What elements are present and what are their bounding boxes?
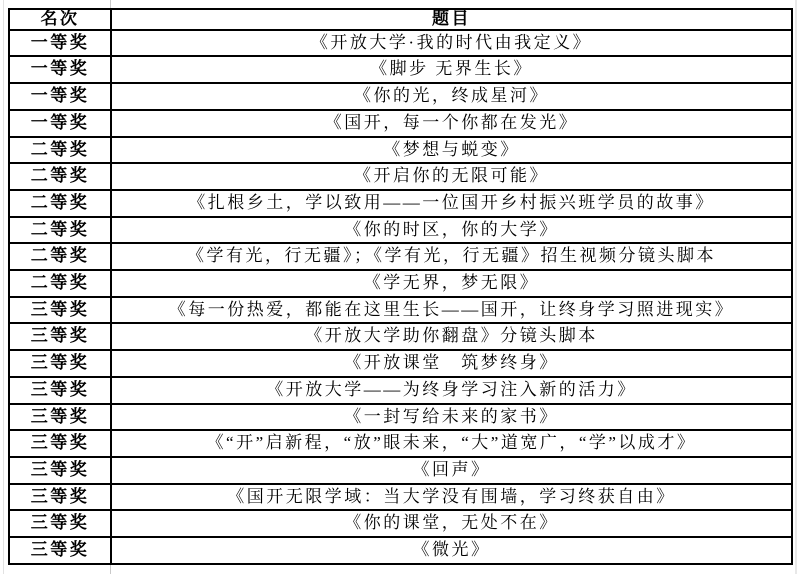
title-cell: 《你的时区，你的大学》 [111,217,792,244]
rank-cell: 三等奖 [9,510,111,537]
rank-cell: 三等奖 [9,350,111,377]
table-row: 三等奖《微光》 [9,537,792,564]
left-margin-gridline [3,0,4,574]
table-body: 一等奖《开放大学·我的时代由我定义》一等奖《脚步 无界生长》一等奖《你的光，终成… [9,30,792,564]
title-cell: 《国开，每一个你都在发光》 [111,110,792,137]
title-cell: 《每一份热爱，都能在这里生长——国开，让终身学习照进现实》 [111,297,792,324]
title-cell: 《一封写给未来的家书》 [111,404,792,431]
title-cell: 《开放大学助你翻盘》分镜头脚本 [111,323,792,350]
title-cell: 《学有光，行无疆》；《学有光，行无疆》招生视频分镜头脚本 [111,243,792,270]
table-row: 一等奖《你的光，终成星河》 [9,83,792,110]
title-cell: 《梦想与蜕变》 [111,137,792,164]
table-row: 三等奖《开放大学助你翻盘》分镜头脚本 [9,323,792,350]
table-row: 一等奖《开放大学·我的时代由我定义》 [9,30,792,57]
title-cell: 《国开无限学域：当大学没有围墙，学习终获自由》 [111,484,792,511]
table-header-row: 名次 题目 [9,9,792,30]
rank-cell: 三等奖 [9,404,111,431]
rank-cell: 三等奖 [9,323,111,350]
table-row: 三等奖《国开无限学域：当大学没有围墙，学习终获自由》 [9,484,792,511]
table-row: 三等奖《开放大学——为终身学习注入新的活力》 [9,377,792,404]
rank-cell: 三等奖 [9,457,111,484]
award-results-table: 名次 题目 一等奖《开放大学·我的时代由我定义》一等奖《脚步 无界生长》一等奖《… [8,8,793,565]
table-row: 三等奖《回声》 [9,457,792,484]
rank-cell: 二等奖 [9,217,111,244]
title-column-header: 题目 [111,9,792,30]
title-cell: 《脚步 无界生长》 [111,56,792,83]
table-row: 二等奖《梦想与蜕变》 [9,137,792,164]
table-row: 三等奖《每一份热爱，都能在这里生长——国开，让终身学习照进现实》 [9,297,792,324]
column-divider-stub-top [110,0,111,8]
rank-column-header: 名次 [9,9,111,30]
table-row: 二等奖《学无界，梦无限》 [9,270,792,297]
rank-cell: 一等奖 [9,30,111,57]
table-row: 三等奖《你的课堂，无处不在》 [9,510,792,537]
title-cell: 《你的光，终成星河》 [111,83,792,110]
rank-cell: 二等奖 [9,137,111,164]
table-row: 二等奖《学有光，行无疆》；《学有光，行无疆》招生视频分镜头脚本 [9,243,792,270]
title-cell: 《开放大学——为终身学习注入新的活力》 [111,377,792,404]
table-row: 三等奖《“开”启新程，“放”眼未来，“大”道宽广，“学”以成才》 [9,430,792,457]
table-row: 一等奖《国开，每一个你都在发光》 [9,110,792,137]
table-row: 二等奖《扎根乡土，学以致用——一位国开乡村振兴班学员的故事》 [9,190,792,217]
title-cell: 《学无界，梦无限》 [111,270,792,297]
rank-cell: 三等奖 [9,430,111,457]
title-cell: 《开启你的无限可能》 [111,163,792,190]
title-cell: 《你的课堂，无处不在》 [111,510,792,537]
column-divider-stub-bottom [110,565,111,574]
table-row: 一等奖《脚步 无界生长》 [9,56,792,83]
rank-cell: 三等奖 [9,484,111,511]
rank-cell: 二等奖 [9,190,111,217]
title-cell: 《“开”启新程，“放”眼未来，“大”道宽广，“学”以成才》 [111,430,792,457]
title-cell: 《微光》 [111,537,792,564]
rank-cell: 一等奖 [9,56,111,83]
right-margin-gridline [795,0,797,574]
rank-cell: 一等奖 [9,110,111,137]
table-row: 二等奖《开启你的无限可能》 [9,163,792,190]
rank-cell: 二等奖 [9,270,111,297]
table-row: 二等奖《你的时区，你的大学》 [9,217,792,244]
rank-cell: 一等奖 [9,83,111,110]
document-page: 名次 题目 一等奖《开放大学·我的时代由我定义》一等奖《脚步 无界生长》一等奖《… [0,0,798,574]
rank-cell: 三等奖 [9,297,111,324]
rank-cell: 三等奖 [9,537,111,564]
table-row: 三等奖《一封写给未来的家书》 [9,404,792,431]
title-cell: 《开放课堂 筑梦终身》 [111,350,792,377]
title-cell: 《开放大学·我的时代由我定义》 [111,30,792,57]
rank-cell: 二等奖 [9,243,111,270]
rank-cell: 二等奖 [9,163,111,190]
title-cell: 《回声》 [111,457,792,484]
title-cell: 《扎根乡土，学以致用——一位国开乡村振兴班学员的故事》 [111,190,792,217]
table-row: 三等奖《开放课堂 筑梦终身》 [9,350,792,377]
rank-cell: 三等奖 [9,377,111,404]
